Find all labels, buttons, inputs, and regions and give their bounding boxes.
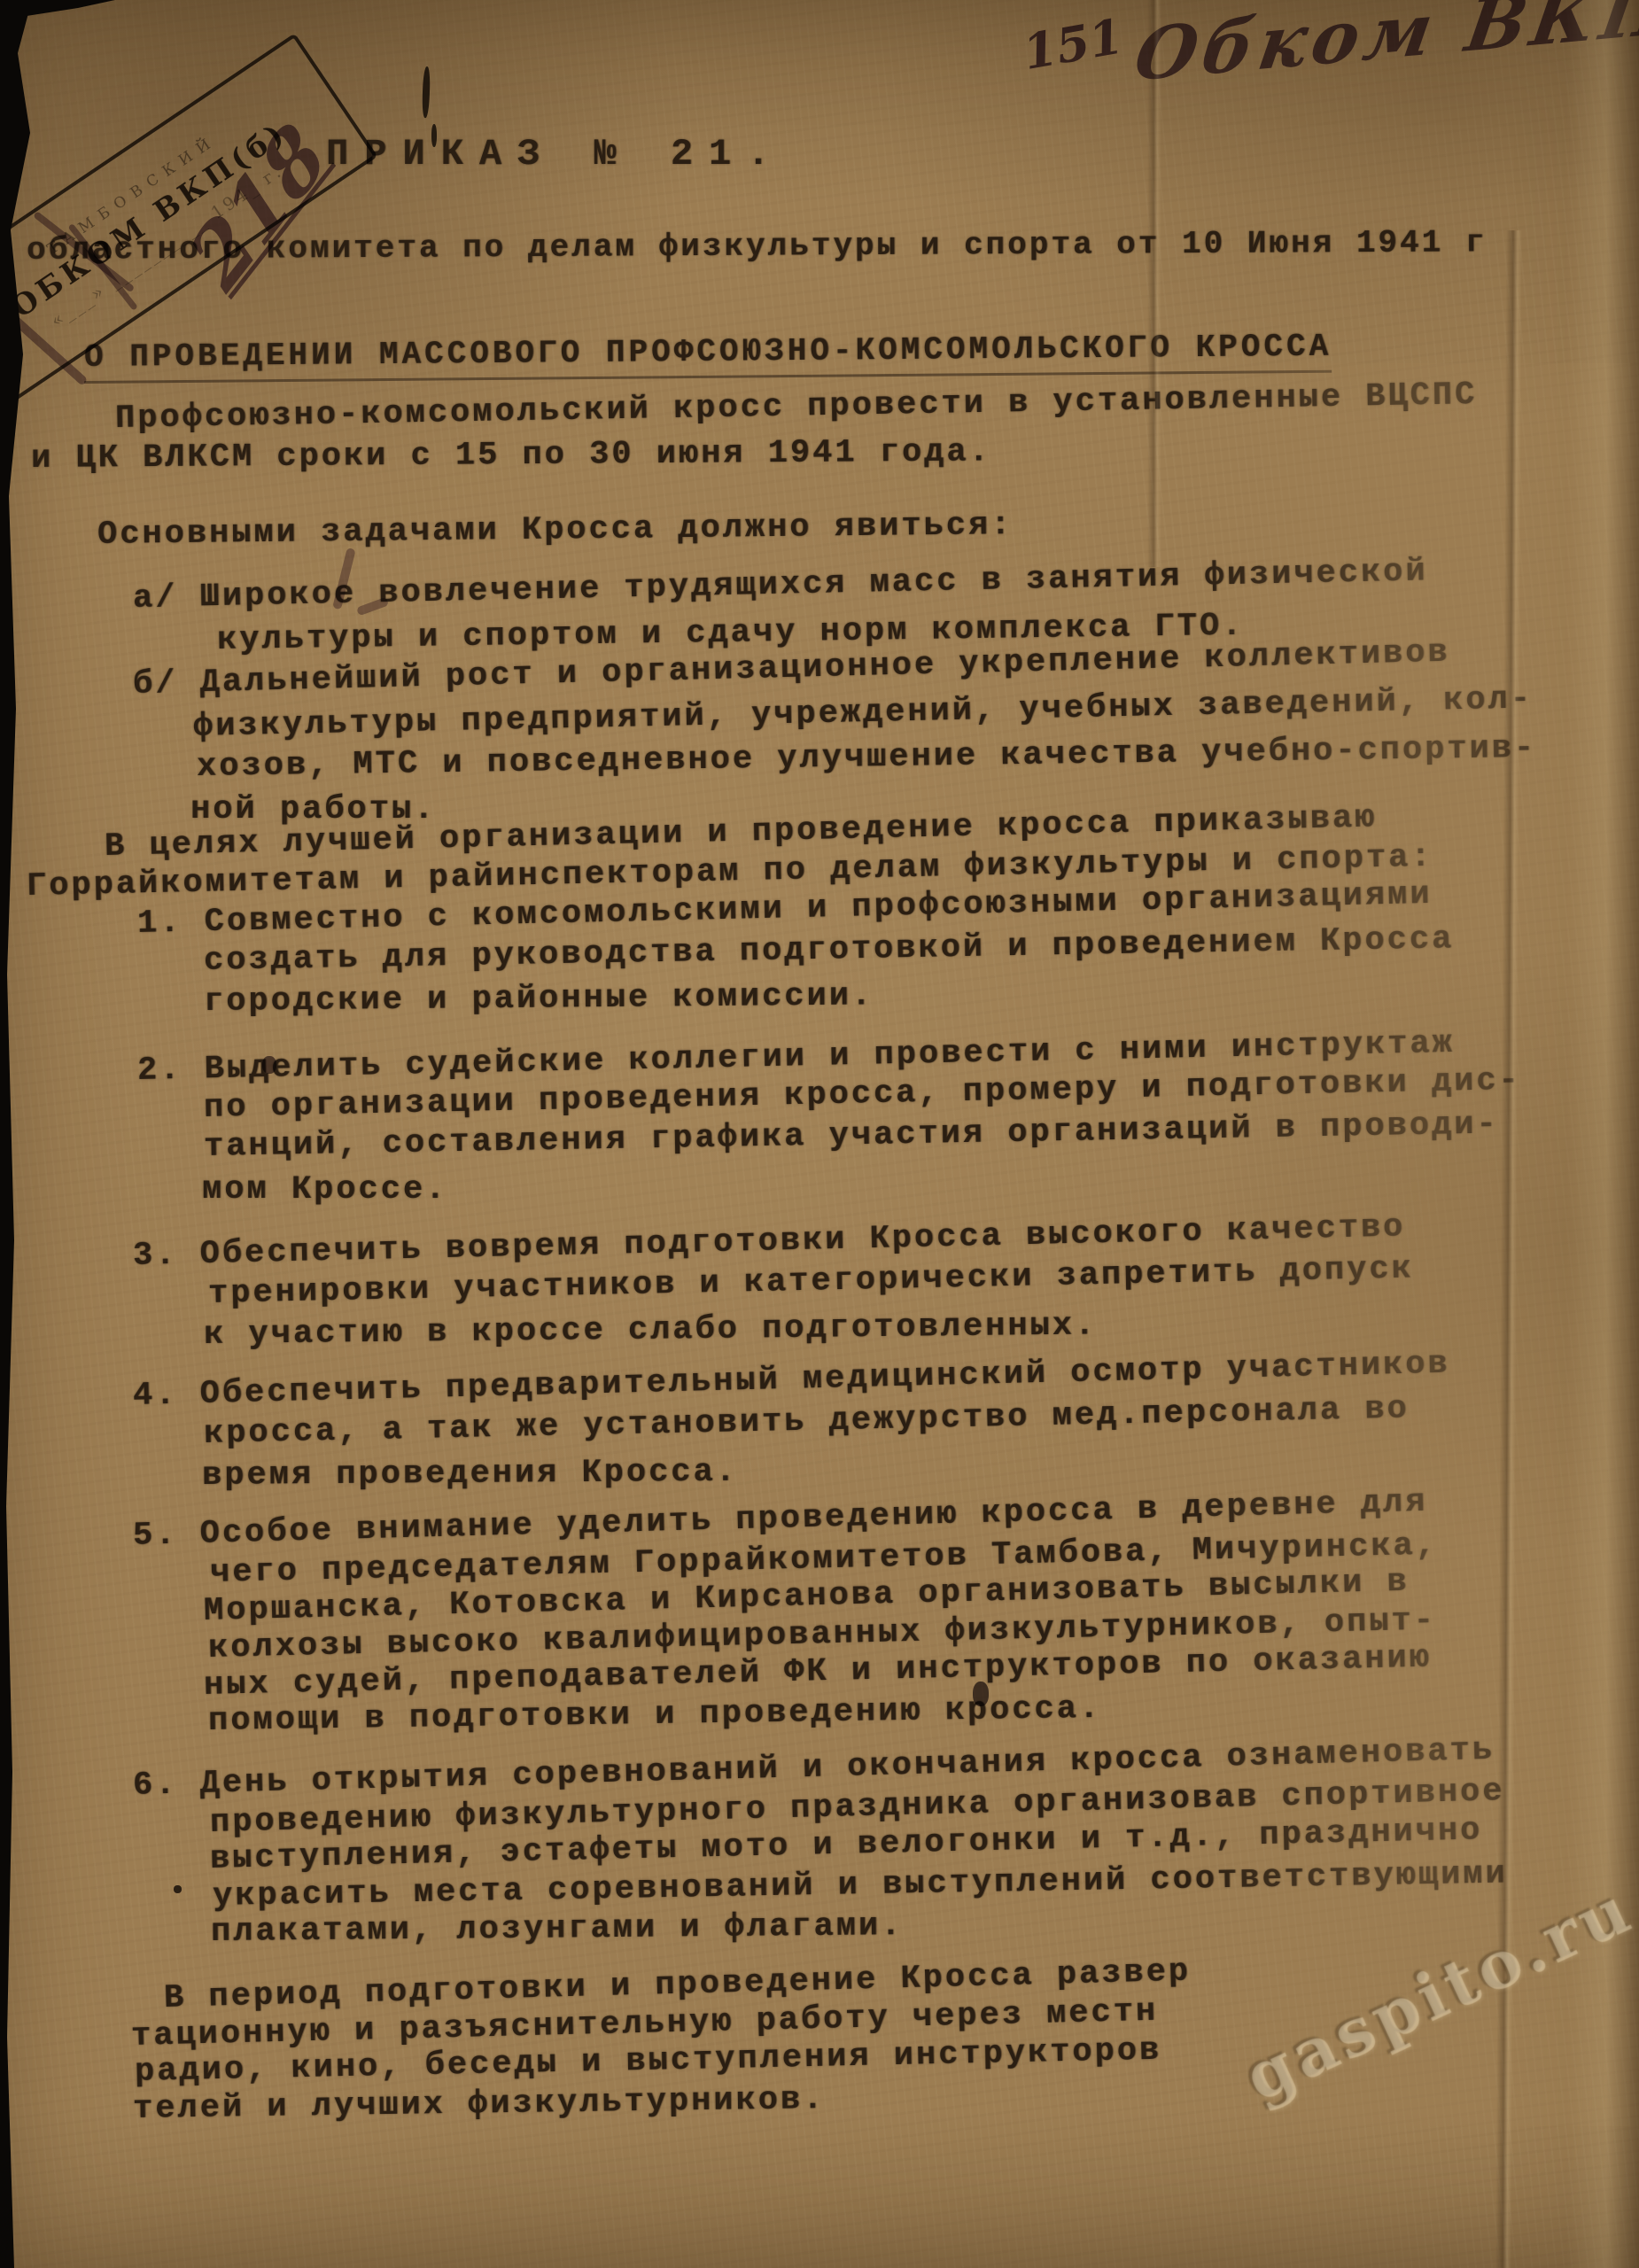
typed-line: к участию в кроссе слабо подготовленных. xyxy=(204,1307,1098,1354)
scanned-document-page: ПРИКАЗ № 21.областного комитета по делам… xyxy=(0,0,1639,2268)
document-heading: О ПРОВЕДЕНИИ МАССОВОГО ПРОФСОЮЗНО-КОМСОМ… xyxy=(84,329,1332,384)
document-title: ПРИКАЗ № 21. xyxy=(326,133,785,175)
typed-line: плакатами, лозунгами и флагами. xyxy=(211,1907,904,1951)
typed-line: Основными задачами Кросса должно явиться… xyxy=(97,507,1014,554)
ink-blot xyxy=(262,1056,276,1074)
typed-text: ПРИКАЗ № 21.областного комитета по делам… xyxy=(0,0,1639,2268)
ink-blot xyxy=(973,1682,989,1706)
typed-line: мом Кроссе. xyxy=(202,1171,447,1208)
typed-line: время проведения Кросса. xyxy=(202,1454,738,1495)
ink-speck xyxy=(174,1885,182,1893)
ink-mark xyxy=(431,124,437,147)
typed-line: Профсоюзно-комсомольский кросс провести … xyxy=(115,377,1478,438)
typed-line: городские и районные комиссии. xyxy=(204,977,874,1021)
typed-line: и ЦК ВЛКСМ сроки с 15 по 30 июня 1941 го… xyxy=(31,433,991,478)
